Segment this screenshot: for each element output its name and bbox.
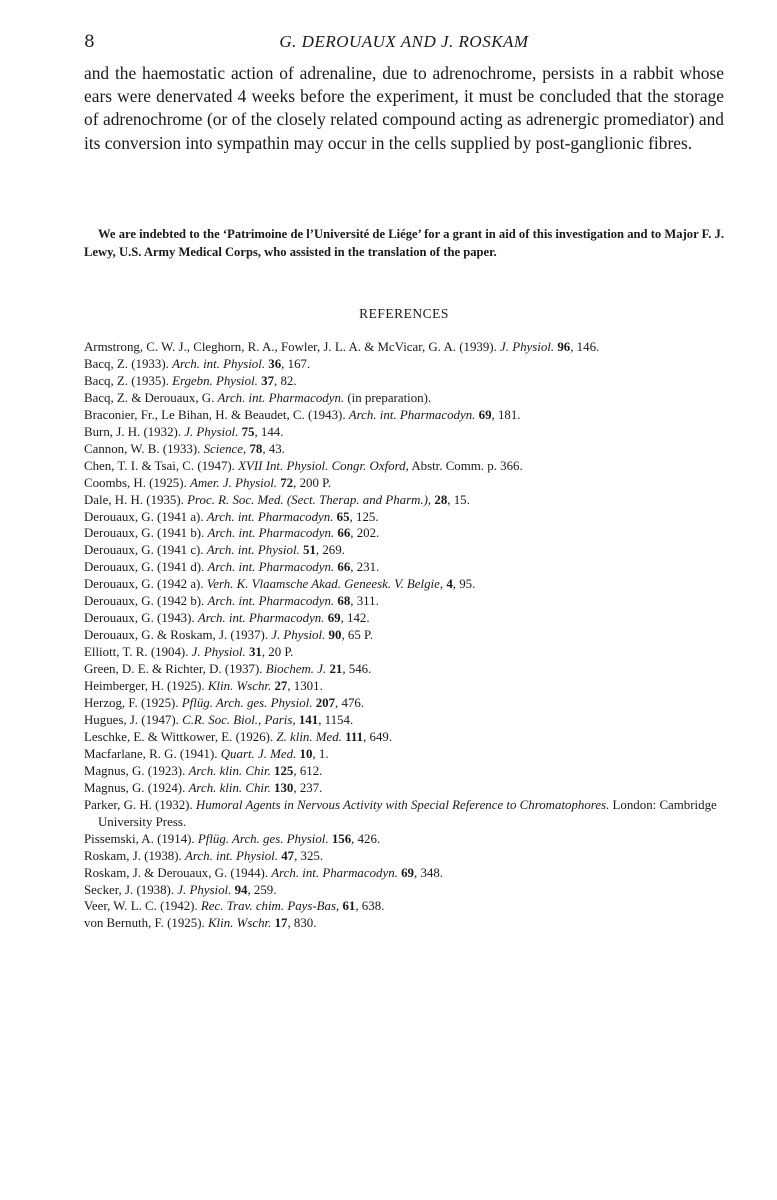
reference-item: Heimberger, H. (1925). Klin. Wschr. 27, … [84,678,724,695]
reference-authors: Magnus, G. (1924). [84,781,189,795]
reference-item: Veer, W. L. C. (1942). Rec. Trav. chim. … [84,898,724,915]
reference-authors: Derouaux, G. (1941 a). [84,510,207,524]
reference-pages: , 95. [453,577,476,591]
reference-journal: Arch. int. Pharmacodyn. [349,408,476,422]
reference-journal: Arch. int. Pharmacodyn. [208,560,335,574]
reference-pages: (in preparation). [347,391,431,405]
reference-volume: 69 [479,408,492,422]
reference-volume: 28 [434,493,447,507]
reference-item: Armstrong, C. W. J., Cleghorn, R. A., Fo… [84,339,724,356]
reference-item: Herzog, F. (1925). Pflüg. Arch. ges. Phy… [84,695,724,712]
reference-authors: Derouaux, G. & Roskam, J. (1937). [84,628,271,642]
reference-authors: Burn, J. H. (1932). [84,425,184,439]
reference-pages: , 43. [262,442,285,456]
reference-pages: , 638. [355,899,384,913]
reference-journal: Arch. int. Physiol. [207,543,300,557]
reference-item: Secker, J. (1938). J. Physiol. 94, 259. [84,882,724,899]
reference-item: Dale, H. H. (1935). Proc. R. Soc. Med. (… [84,492,724,509]
reference-volume: 65 [337,510,350,524]
reference-list: Armstrong, C. W. J., Cleghorn, R. A., Fo… [84,339,724,932]
reference-item: Green, D. E. & Richter, D. (1937). Bioch… [84,661,724,678]
reference-volume: 141 [299,713,318,727]
reference-authors: Cannon, W. B. (1933). [84,442,204,456]
reference-authors: Coombs, H. (1925). [84,476,190,490]
reference-authors: Parker, G. H. (1932). [84,798,196,812]
reference-authors: Pissemski, A. (1914). [84,832,198,846]
running-head: 8 G. DEROUAUX AND J. ROSKAM [84,32,724,54]
reference-authors: Hugues, J. (1947). [84,713,182,727]
reference-pages: , 830. [287,916,316,930]
reference-item: Derouaux, G. (1942 a). Verh. K. Vlaamsch… [84,576,724,593]
reference-pages: , 1301. [287,679,322,693]
reference-journal: Arch. int. Physiol. [185,849,278,863]
reference-pages: , 311. [350,594,379,608]
reference-journal: Arch. klin. Chir. [189,781,271,795]
reference-authors: Derouaux, G. (1942 a). [84,577,207,591]
reference-journal: C.R. Soc. Biol., Paris, [182,713,296,727]
reference-volume: 69 [401,866,414,880]
reference-journal: Biochem. J. [266,662,327,676]
reference-authors: Elliott, T. R. (1904). [84,645,192,659]
reference-journal: J. Physiol. [500,340,554,354]
reference-volume: 130 [274,781,293,795]
reference-volume: 51 [303,543,316,557]
reference-item: Pissemski, A. (1914). Pflüg. Arch. ges. … [84,831,724,848]
references-heading: REFERENCES [84,306,724,322]
reference-journal: Arch. klin. Chir. [189,764,271,778]
reference-authors: Bacq, Z. & Derouaux, G. [84,391,218,405]
reference-item: Roskam, J. & Derouaux, G. (1944). Arch. … [84,865,724,882]
reference-journal: Arch. int. Physiol. [172,357,265,371]
reference-journal: Pflüg. Arch. ges. Physiol. [198,832,329,846]
reference-authors: Bacq, Z. (1935). [84,374,172,388]
reference-journal: Arch. int. Pharmacodyn. [218,391,345,405]
reference-volume: 27 [274,679,287,693]
reference-pages: , 325. [294,849,323,863]
reference-authors: Magnus, G. (1923). [84,764,189,778]
reference-volume: 75 [242,425,255,439]
reference-volume: 94 [235,883,248,897]
acknowledgement: We are indebted to the ‘Patrimoine de l’… [84,225,724,261]
reference-item: Magnus, G. (1924). Arch. klin. Chir. 130… [84,780,724,797]
reference-journal: Arch. int. Pharmacodyn. [208,594,335,608]
reference-volume: 10 [300,747,313,761]
reference-item: Derouaux, G. (1941 a). Arch. int. Pharma… [84,509,724,526]
reference-journal: Proc. R. Soc. Med. (Sect. Therap. and Ph… [187,493,431,507]
reference-journal: Arch. int. Pharmacodyn. [207,510,334,524]
reference-journal: Klin. Wschr. [208,679,271,693]
reference-journal: Z. klin. Med. [276,730,342,744]
reference-journal: Science, [204,442,247,456]
reference-journal: Klin. Wschr. [208,916,271,930]
reference-journal: Amer. J. Physiol. [190,476,277,490]
reference-item: Elliott, T. R. (1904). J. Physiol. 31, 2… [84,644,724,661]
reference-pages: , 202. [350,526,379,540]
reference-pages: , 144. [254,425,283,439]
reference-authors: Green, D. E. & Richter, D. (1937). [84,662,266,676]
reference-authors: Chen, T. I. & Tsai, C. (1947). [84,459,238,473]
reference-journal: Quart. J. Med. [221,747,297,761]
reference-volume: 61 [342,899,355,913]
reference-authors: Derouaux, G. (1942 b). [84,594,208,608]
reference-item: Burn, J. H. (1932). J. Physiol. 75, 144. [84,424,724,441]
reference-authors: Secker, J. (1938). [84,883,177,897]
reference-journal: Verh. K. Vlaamsche Akad. Geneesk. V. Bel… [207,577,443,591]
reference-authors: Herzog, F. (1925). [84,696,182,710]
reference-authors: Armstrong, C. W. J., Cleghorn, R. A., Fo… [84,340,500,354]
reference-item: Bacq, Z. & Derouaux, G. Arch. int. Pharm… [84,390,724,407]
reference-journal: Humoral Agents in Nervous Activity with … [196,798,609,812]
reference-authors: Derouaux, G. (1941 c). [84,543,207,557]
reference-pages: , 1154. [318,713,353,727]
reference-item: Derouaux, G. (1941 d). Arch. int. Pharma… [84,559,724,576]
reference-pages: , 476. [335,696,364,710]
reference-pages: , 259. [247,883,276,897]
reference-pages: , 612. [293,764,322,778]
reference-journal: J. Physiol. [192,645,246,659]
reference-volume: 17 [275,916,288,930]
reference-item: Derouaux, G. & Roskam, J. (1937). J. Phy… [84,627,724,644]
reference-journal: Ergebn. Physiol. [172,374,258,388]
reference-pages: , 142. [341,611,370,625]
reference-item: Parker, G. H. (1932). Humoral Agents in … [84,797,724,831]
reference-journal: Arch. int. Pharmacodyn. [208,526,335,540]
reference-authors: Roskam, J. & Derouaux, G. (1944). [84,866,271,880]
reference-authors: Leschke, E. & Wittkower, E. (1926). [84,730,276,744]
reference-pages: , 65 P. [341,628,373,642]
reference-item: Cannon, W. B. (1933). Science, 78, 43. [84,441,724,458]
reference-pages: , 125. [350,510,379,524]
reference-item: Braconier, Fr., Le Bihan, H. & Beaudet, … [84,407,724,424]
reference-pages: , 237. [293,781,322,795]
reference-volume: 156 [332,832,351,846]
reference-volume: 68 [337,594,350,608]
reference-item: Hugues, J. (1947). C.R. Soc. Biol., Pari… [84,712,724,729]
reference-journal: Arch. int. Pharmacodyn. [198,611,325,625]
reference-volume: 31 [249,645,262,659]
reference-item: Bacq, Z. (1933). Arch. int. Physiol. 36,… [84,356,724,373]
reference-pages: , 546. [342,662,371,676]
reference-journal: Arch. int. Pharmacodyn. [271,866,398,880]
reference-authors: Roskam, J. (1938). [84,849,185,863]
reference-authors: von Bernuth, F. (1925). [84,916,208,930]
reference-authors: Braconier, Fr., Le Bihan, H. & Beaudet, … [84,408,349,422]
reference-pages: , 348. [414,866,443,880]
reference-pages: , 231. [350,560,379,574]
reference-volume: 37 [261,374,274,388]
reference-item: Derouaux, G. (1943). Arch. int. Pharmaco… [84,610,724,627]
reference-journal: XVII Int. Physiol. Congr. Oxford, [238,459,409,473]
reference-item: Bacq, Z. (1935). Ergebn. Physiol. 37, 82… [84,373,724,390]
reference-pages: , 200 P. [293,476,331,490]
reference-item: Derouaux, G. (1941 c). Arch. int. Physio… [84,542,724,559]
reference-volume: 47 [281,849,294,863]
reference-volume: 72 [280,476,293,490]
reference-volume: 125 [274,764,293,778]
reference-volume: 66 [337,526,350,540]
reference-authors: Derouaux, G. (1941 d). [84,560,208,574]
reference-volume: 111 [345,730,363,744]
reference-journal: Rec. Trav. chim. Pays-Bas, [201,899,339,913]
reference-journal: Pflüg. Arch. ges. Physiol. [182,696,313,710]
reference-item: Magnus, G. (1923). Arch. klin. Chir. 125… [84,763,724,780]
reference-pages: , 269. [316,543,345,557]
reference-authors: Veer, W. L. C. (1942). [84,899,201,913]
reference-pages: , 20 P. [262,645,294,659]
reference-authors: Derouaux, G. (1941 b). [84,526,208,540]
reference-item: von Bernuth, F. (1925). Klin. Wschr. 17,… [84,915,724,932]
reference-volume: 69 [328,611,341,625]
reference-item: Macfarlane, R. G. (1941). Quart. J. Med.… [84,746,724,763]
running-title: G. DEROUAUX AND J. ROSKAM [84,32,724,52]
reference-item: Chen, T. I. & Tsai, C. (1947). XVII Int.… [84,458,724,475]
reference-journal: J. Physiol. [184,425,238,439]
reference-authors: Dale, H. H. (1935). [84,493,187,507]
reference-journal: J. Physiol. [177,883,231,897]
reference-item: Roskam, J. (1938). Arch. int. Physiol. 4… [84,848,724,865]
reference-pages: Abstr. Comm. p. 366. [411,459,522,473]
body-paragraph: and the haemostatic action of adrenaline… [84,62,724,155]
reference-volume: 90 [329,628,342,642]
reference-item: Coombs, H. (1925). Amer. J. Physiol. 72,… [84,475,724,492]
reference-item: Derouaux, G. (1942 b). Arch. int. Pharma… [84,593,724,610]
reference-authors: Macfarlane, R. G. (1941). [84,747,221,761]
reference-pages: , 649. [363,730,392,744]
reference-item: Leschke, E. & Wittkower, E. (1926). Z. k… [84,729,724,746]
reference-authors: Heimberger, H. (1925). [84,679,208,693]
reference-volume: 207 [316,696,335,710]
reference-pages: , 82. [274,374,297,388]
reference-authors: Derouaux, G. (1943). [84,611,198,625]
reference-pages: , 167. [281,357,310,371]
reference-pages: , 1. [312,747,328,761]
reference-item: Derouaux, G. (1941 b). Arch. int. Pharma… [84,525,724,542]
reference-volume: 78 [249,442,262,456]
reference-pages: , 146. [570,340,599,354]
reference-pages: , 426. [351,832,380,846]
reference-pages: , 15. [447,493,470,507]
reference-authors: Bacq, Z. (1933). [84,357,172,371]
reference-volume: 36 [268,357,281,371]
reference-pages: , 181. [492,408,521,422]
reference-volume: 96 [557,340,570,354]
reference-volume: 66 [337,560,350,574]
reference-journal: J. Physiol. [271,628,325,642]
reference-volume: 21 [329,662,342,676]
